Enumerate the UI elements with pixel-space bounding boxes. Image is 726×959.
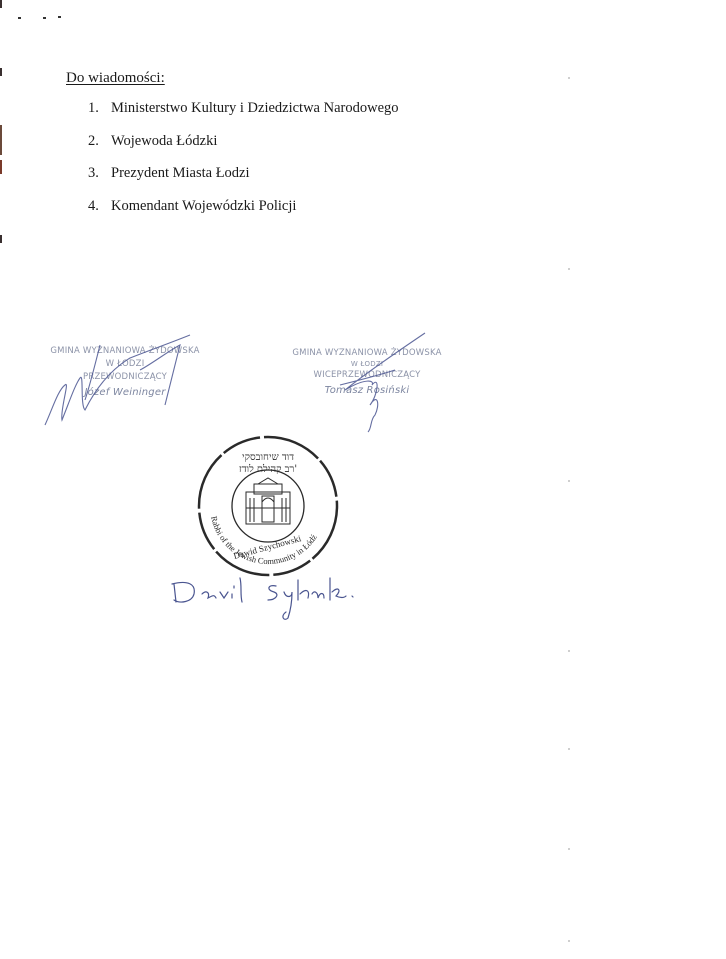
scan-dot: [568, 940, 570, 942]
recipient-list: 1.Ministerstwo Kultury i Dziedzictwa Nar…: [88, 100, 399, 230]
list-item: 3.Prezydent Miasta Łodzi: [88, 165, 399, 198]
scan-dot: [568, 650, 570, 652]
scan-edge-mark: [0, 68, 2, 76]
recipient-name: Prezydent Miasta Łodzi: [111, 165, 250, 198]
scan-edge-mark: [0, 0, 2, 8]
seal-outer-text: Rabbi of the Jewish Community in Łódź: [209, 515, 319, 566]
scan-dot: [58, 16, 61, 18]
list-item: 4.Komendant Wojewódzki Policji: [88, 198, 399, 231]
scan-edge-mark: [0, 125, 2, 155]
scan-dot: [18, 17, 21, 19]
signature-left: [40, 330, 200, 430]
recipient-name: Wojewoda Łódzki: [111, 133, 217, 166]
signature-handwritten: [168, 572, 358, 627]
recipient-name: Komendant Wojewódzki Policji: [111, 198, 296, 231]
rabbi-seal: דוד שיחובסקי רב קהילת לודז' Dawid Szycho…: [196, 434, 340, 578]
seal-hebrew-top: דוד שיחובסקי: [242, 452, 294, 463]
scan-dot: [568, 268, 570, 270]
scan-dot: [568, 748, 570, 750]
recipient-name: Ministerstwo Kultury i Dziedzictwa Narod…: [111, 100, 399, 133]
scan-dot: [568, 848, 570, 850]
seal-hebrew-line2: רב קהילת לודז': [239, 463, 297, 475]
scan-dot: [43, 17, 46, 19]
scan-dot: [568, 480, 570, 482]
scan-dot: [568, 77, 570, 79]
signature-right: [320, 330, 430, 435]
list-item: 1.Ministerstwo Kultury i Dziedzictwa Nar…: [88, 100, 399, 133]
list-item: 2.Wojewoda Łódzki: [88, 133, 399, 166]
svg-text:Rabbi of the Jewish Community: Rabbi of the Jewish Community in Łódź: [209, 515, 319, 566]
scan-edge-mark: [0, 160, 2, 174]
distribution-heading: Do wiadomości:: [66, 70, 165, 87]
scan-edge-mark: [0, 235, 2, 243]
